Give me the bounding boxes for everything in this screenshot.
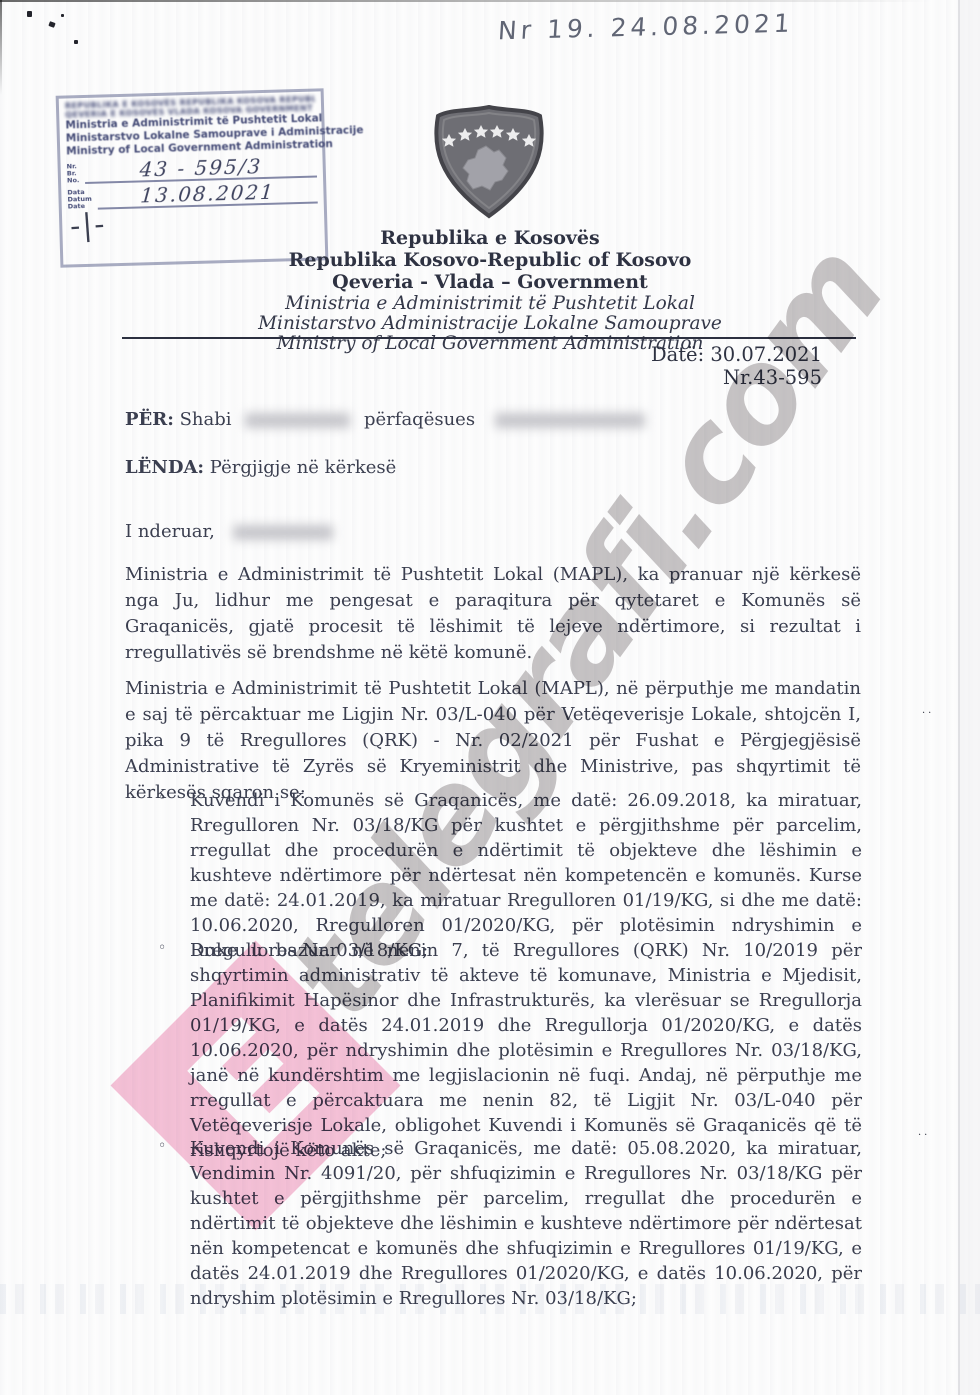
bullet-item-3: ◦ Kuvendi i Komunës së Graqanicës, me da… (158, 1136, 862, 1311)
handwritten-registry-note: Nr 19. 24.08.2021 (497, 8, 829, 46)
salutation-text: I nderuar, (125, 521, 215, 542)
bullet-text: Duke u bazuar në nenin 7, të Rregullores… (190, 938, 862, 1163)
bullet-marker: ◦ (158, 1136, 190, 1311)
stamp-number-labels: Nr. Br. No. (67, 163, 80, 184)
salutation-row: I nderuar, (125, 519, 865, 544)
stamp-number-line: 43 - 595/3 (85, 154, 317, 184)
header-ministry-sr: Ministarstvo Administracije Lokalne Samo… (140, 314, 840, 334)
paragraph-1: Ministria e Administrimit të Pushtetit L… (125, 562, 861, 666)
header-ministry-sq: Ministria e Administrimit të Pushtetit L… (140, 294, 840, 314)
bullet-item-1: ◦ Kuvendi i Komunës së Graqanicës, me da… (158, 788, 862, 963)
subject-row: LËNDA: Përgjigje në kërkesë (125, 455, 865, 480)
redacted-surname (245, 413, 350, 428)
bullet-marker: ◦ (158, 788, 190, 963)
addressee-row: PËR: Shabi përfaqësues (125, 407, 865, 432)
redacted-name (233, 525, 333, 540)
stamp-date-line: 13.08.2021 (97, 180, 317, 210)
bullet-marker: ◦ (158, 938, 190, 1163)
subject-label: LËNDA: (125, 457, 204, 478)
date-number-block: Datë: 30.07.2021 Nr.43-595 (560, 343, 822, 389)
scanned-letter-page: ·· ·· Nr 19. 24.08.2021 REPUBLIKA E KOSO… (0, 0, 980, 1395)
to-label: PËR: (125, 409, 174, 430)
handwritten-corner-mark: -|- (69, 207, 108, 244)
header-republic-sq: Republika e Kosovës (140, 227, 840, 249)
header-divider (122, 337, 856, 339)
ink-speck (74, 40, 78, 44)
stamp-date-handwritten: 13.08.2021 (140, 181, 276, 207)
margin-dots: ·· (918, 1130, 930, 1141)
scan-right-edge-artifact (958, 0, 960, 1395)
bullet-text: Kuvendi i Komunës së Graqanicës, me datë… (190, 1136, 862, 1311)
header-government: Qeveria - Vlada – Government (140, 271, 840, 293)
ink-speck (61, 14, 64, 17)
scan-left-edge-artifact (0, 0, 2, 95)
kosovo-coat-of-arms-icon (424, 102, 554, 222)
header-republic-multi: Republika Kosovo-Republic of Kosovo (140, 249, 840, 271)
letter-number: Nr.43-595 (560, 366, 822, 389)
margin-dots: ·· (922, 708, 934, 719)
scan-right-margin (960, 0, 980, 1395)
to-name: Shabi (180, 409, 232, 430)
bullet-item-2: ◦ Duke u bazuar në nenin 7, të Rregullor… (158, 938, 862, 1163)
ink-speck (48, 21, 55, 28)
ink-speck (27, 11, 32, 17)
to-role: përfaqësues (364, 409, 475, 430)
stamp-label-no: No. (67, 177, 80, 184)
paragraph-2: Ministria e Administrimit të Pushtetit L… (125, 676, 861, 806)
bullet-text: Kuvendi i Komunës së Graqanicës, me datë… (190, 788, 862, 963)
redacted-organization (495, 413, 645, 428)
letter-date: Datë: 30.07.2021 (560, 343, 822, 366)
stamp-number-handwritten: 43 - 595/3 (139, 155, 263, 180)
subject-text: Përgjigje në kërkesë (210, 457, 396, 478)
scan-top-edge-artifact (0, 0, 980, 2)
